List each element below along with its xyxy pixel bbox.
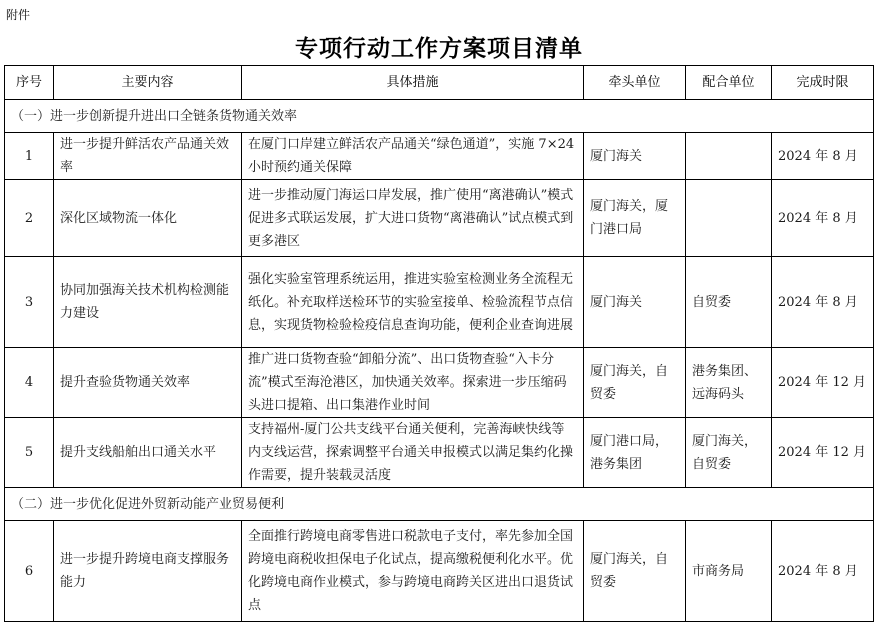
header-deadline: 完成时限 [772, 66, 874, 100]
header-index: 序号 [5, 66, 54, 100]
table-header-row: 序号 主要内容 具体措施 牵头单位 配合单位 完成时限 [5, 66, 874, 100]
section-title: （一）进一步创新提升进出口全链条货物通关效率 [5, 100, 874, 133]
row-cooperating-unit [686, 133, 772, 180]
row-deadline: 2024 年 8 月 [772, 133, 874, 180]
row-index: 2 [5, 180, 54, 257]
row-measures: 支持福州-厦门公共支线平台通关便利，完善海峡快线等内支线运营，探索调整平台通关申… [242, 418, 584, 488]
row-deadline: 2024 年 8 月 [772, 180, 874, 257]
section-row: （二）进一步优化促进外贸新动能产业贸易便利 [5, 488, 874, 521]
header-measures: 具体措施 [242, 66, 584, 100]
row-cooperating-unit: 市商务局 [686, 521, 772, 622]
row-main-content: 进一步提升鲜活农产品通关效率 [54, 133, 242, 180]
row-deadline: 2024 年 12 月 [772, 348, 874, 418]
row-measures: 在厦门口岸建立鲜活农产品通关“绿色通道”，实施 7×24 小时预约通关保障 [242, 133, 584, 180]
row-main-content: 进一步提升跨境电商支撑服务能力 [54, 521, 242, 622]
row-cooperating-unit [686, 180, 772, 257]
row-index: 5 [5, 418, 54, 488]
row-lead-unit: 厦门海关，自贸委 [584, 348, 686, 418]
header-cooperating-unit: 配合单位 [686, 66, 772, 100]
row-cooperating-unit: 自贸委 [686, 257, 772, 348]
attachment-label: 附件 [6, 6, 30, 23]
row-index: 6 [5, 521, 54, 622]
table-row: 5 提升支线船舶出口通关水平 支持福州-厦门公共支线平台通关便利，完善海峡快线等… [5, 418, 874, 488]
row-main-content: 提升支线船舶出口通关水平 [54, 418, 242, 488]
row-deadline: 2024 年 8 月 [772, 521, 874, 622]
row-index: 3 [5, 257, 54, 348]
row-lead-unit: 厦门海关，自贸委 [584, 521, 686, 622]
row-lead-unit: 厦门海关 [584, 257, 686, 348]
row-cooperating-unit: 厦门海关，自贸委 [686, 418, 772, 488]
row-main-content: 深化区域物流一体化 [54, 180, 242, 257]
row-measures: 全面推行跨境电商零售进口税款电子支付，率先参加全国跨境电商税收担保电子化试点，提… [242, 521, 584, 622]
row-main-content: 协同加强海关技术机构检测能力建设 [54, 257, 242, 348]
row-cooperating-unit: 港务集团、远海码头 [686, 348, 772, 418]
table-row: 1 进一步提升鲜活农产品通关效率 在厦门口岸建立鲜活农产品通关“绿色通道”，实施… [5, 133, 874, 180]
table-row: 4 提升查验货物通关效率 推广进口货物查验“卸船分流”、出口货物查验“入卡分流”… [5, 348, 874, 418]
section-row: （一）进一步创新提升进出口全链条货物通关效率 [5, 100, 874, 133]
row-lead-unit: 厦门海关 [584, 133, 686, 180]
row-measures: 进一步推动厦门海运口岸发展，推广使用“离港确认”模式促进多式联运发展，扩大进口货… [242, 180, 584, 257]
header-lead-unit: 牵头单位 [584, 66, 686, 100]
row-index: 4 [5, 348, 54, 418]
row-lead-unit: 厦门海关，厦门港口局 [584, 180, 686, 257]
row-measures: 推广进口货物查验“卸船分流”、出口货物查验“入卡分流”模式至海沧港区，加快通关效… [242, 348, 584, 418]
section-title: （二）进一步优化促进外贸新动能产业贸易便利 [5, 488, 874, 521]
table-row: 2 深化区域物流一体化 进一步推动厦门海运口岸发展，推广使用“离港确认”模式促进… [5, 180, 874, 257]
document-title: 专项行动工作方案项目清单 [0, 30, 878, 63]
row-measures: 强化实验室管理系统运用，推进实验室检测业务全流程无纸化。补充取样送检环节的实验室… [242, 257, 584, 348]
row-deadline: 2024 年 8 月 [772, 257, 874, 348]
row-main-content: 提升查验货物通关效率 [54, 348, 242, 418]
project-list-table: 序号 主要内容 具体措施 牵头单位 配合单位 完成时限 （一）进一步创新提升进出… [4, 65, 874, 622]
header-main-content: 主要内容 [54, 66, 242, 100]
row-index: 1 [5, 133, 54, 180]
row-lead-unit: 厦门港口局，港务集团 [584, 418, 686, 488]
table-row: 3 协同加强海关技术机构检测能力建设 强化实验室管理系统运用，推进实验室检测业务… [5, 257, 874, 348]
row-deadline: 2024 年 12 月 [772, 418, 874, 488]
table-row: 6 进一步提升跨境电商支撑服务能力 全面推行跨境电商零售进口税款电子支付，率先参… [5, 521, 874, 622]
